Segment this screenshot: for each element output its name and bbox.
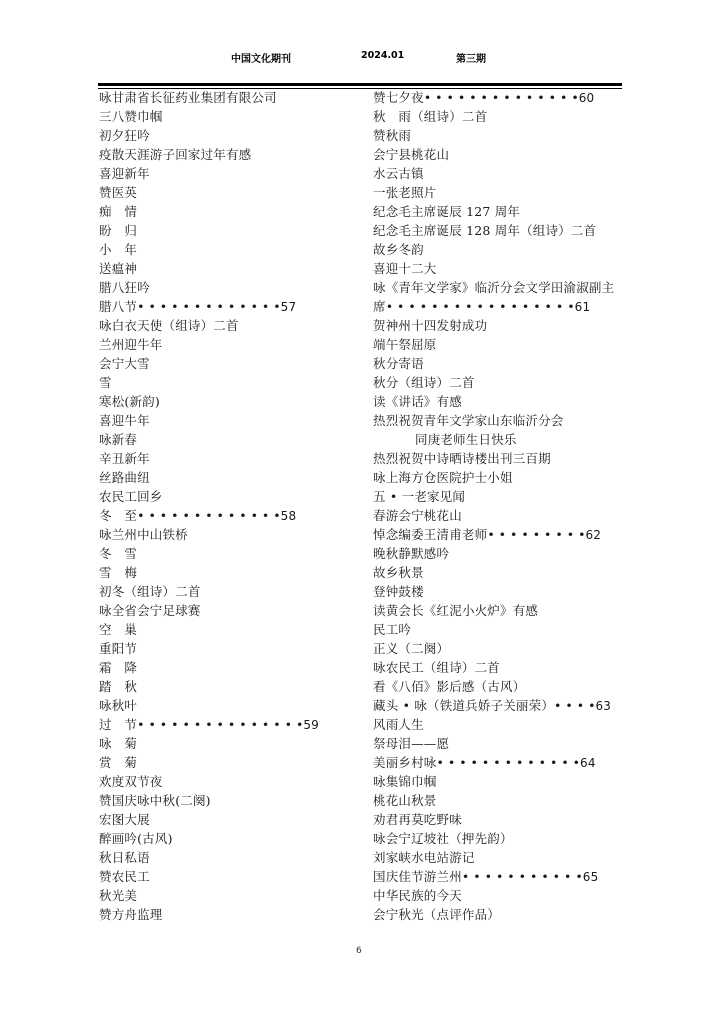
toc-entry-title: 中华民族的今天 xyxy=(373,888,462,903)
toc-entry-title: 咏集锦巾帼 xyxy=(373,774,437,789)
toc-entry-title: 赞秋雨 xyxy=(373,128,411,143)
toc-entry: 冬 雪 xyxy=(99,544,361,563)
toc-entry-title: 送瘟神 xyxy=(99,261,137,276)
toc-entry-title: 腊八狂吟 xyxy=(99,280,150,295)
toc-entry-title: 会宁县桃花山 xyxy=(373,147,449,162)
toc-entry: 贺神州十四发射成功 xyxy=(373,316,635,335)
toc-entry-title: 会宁大雪 xyxy=(99,356,150,371)
toc-entry-title: 秋 雨（组诗）二首 xyxy=(373,109,487,124)
toc-entry: 正义（二阕） xyxy=(373,639,635,658)
toc-entry-title: 读黄会长《红泥小火炉》有感 xyxy=(373,603,538,618)
toc-entry: 咏兰州中山铁桥 xyxy=(99,525,361,544)
toc-entry-title: 咏白衣天使（组诗）二首 xyxy=(99,318,239,333)
leader-dots: • • • • • • • • • • • • • xyxy=(137,508,281,523)
leader-dots: • • • • • • • • • xyxy=(487,527,585,542)
toc-entry: 热烈祝贺中诗晒诗楼出刊三百期 xyxy=(373,449,635,468)
header-rule-thick xyxy=(98,83,622,86)
issue-date: 2024.01 xyxy=(361,50,404,61)
toc-page-number: 61 xyxy=(575,300,591,314)
toc-entry: 兰州迎牛年 xyxy=(99,335,361,354)
toc-entry-title: 咏 菊 xyxy=(99,736,137,751)
toc-entry-title: 醉画吟(古风) xyxy=(99,831,173,846)
toc-entry-title: 踏 秋 xyxy=(99,679,137,694)
toc-entry-title: 藏头 • 咏（铁道兵娇子关丽荣） xyxy=(373,698,554,713)
toc-entry: 雪 xyxy=(99,373,361,392)
toc-entry: 美丽乡村咏• • • • • • • • • • • • •64 xyxy=(373,753,635,772)
leader-dots: • • • • xyxy=(554,698,595,713)
toc-entry-title: 过 节 xyxy=(99,717,137,732)
toc-entry-title: 赞七夕夜 xyxy=(373,90,424,105)
toc-entry-title: 美丽乡村咏 xyxy=(373,755,437,770)
toc-entry: 重阳节 xyxy=(99,639,361,658)
toc-entry: 辛丑新年 xyxy=(99,449,361,468)
toc-entry: 赞七夕夜• • • • • • • • • • • • • •60 xyxy=(373,88,635,107)
toc-entry-title: 盼 归 xyxy=(99,223,137,238)
toc-entry-title: 赞农民工 xyxy=(99,869,150,884)
toc-entry: 同庚老师生日快乐 xyxy=(373,430,635,449)
toc-entry: 读黄会长《红泥小火炉》有感 xyxy=(373,601,635,620)
toc-entry: 席• • • • • • • • • • • • • • • • •61 xyxy=(373,297,635,316)
toc-entry: 农民工回乡 xyxy=(99,487,361,506)
toc-entry-title: 咏上海方仓医院护士小姐 xyxy=(373,470,513,485)
toc-entry-title: 咏秋叶 xyxy=(99,698,137,713)
toc-entry-title: 欢度双节夜 xyxy=(99,774,163,789)
page-number: 6 xyxy=(356,946,362,956)
toc-entry: 秋光美 xyxy=(99,886,361,905)
toc-entry: 赞医英 xyxy=(99,183,361,202)
toc-entry: 咏白衣天使（组诗）二首 xyxy=(99,316,361,335)
toc-entry: 过 节• • • • • • • • • • • • • • •59 xyxy=(99,715,361,734)
toc-entry: 赏 菊 xyxy=(99,753,361,772)
toc-entry: 赞农民工 xyxy=(99,867,361,886)
toc-entry-title: 正义（二阕） xyxy=(373,641,449,656)
toc-entry-title: 空 巢 xyxy=(99,622,137,637)
toc-entry: 咏新春 xyxy=(99,430,361,449)
toc-entry-title: 端午祭屈原 xyxy=(373,337,437,352)
toc-entry: 一张老照片 xyxy=(373,183,635,202)
toc-entry: 腊八狂吟 xyxy=(99,278,361,297)
toc-entry: 喜迎牛年 xyxy=(99,411,361,430)
toc-entry-title: 咏甘肃省长征药业集团有限公司 xyxy=(99,90,277,105)
toc-entry: 会宁大雪 xyxy=(99,354,361,373)
toc-entry-title: 五 • 一老家见闻 xyxy=(373,489,465,504)
issue-number: 第三期 xyxy=(456,50,486,65)
toc-entry: 初冬（组诗）二首 xyxy=(99,582,361,601)
toc-entry-title: 登钟鼓楼 xyxy=(373,584,424,599)
toc-entry-title: 读《讲话》有感 xyxy=(373,394,462,409)
toc-entry-title: 席 xyxy=(373,299,386,314)
toc-entry: 悼念编委王清甫老师• • • • • • • • •62 xyxy=(373,525,635,544)
toc-entry: 冬 至• • • • • • • • • • • • •58 xyxy=(99,506,361,525)
toc-entry-title: 咏全省会宁足球赛 xyxy=(99,603,201,618)
toc-entry-title: 热烈祝贺青年文学家山东临沂分会 xyxy=(373,413,564,428)
toc-entry-title: 咏农民工（组诗）二首 xyxy=(373,660,500,675)
toc-entry: 水云古镇 xyxy=(373,164,635,183)
toc-entry-title: 春游会宁桃花山 xyxy=(373,508,462,523)
toc-entry-title: 咏《青年文学家》临沂分会文学田渝淑副主 xyxy=(373,280,614,295)
toc-entry: 赞方舟监理 xyxy=(99,905,361,924)
toc-entry-title: 会宁秋光（点评作品） xyxy=(373,907,500,922)
toc-entry: 秋分（组诗）二首 xyxy=(373,373,635,392)
toc-entry: 咏 菊 xyxy=(99,734,361,753)
toc-entry-title: 咏兰州中山铁桥 xyxy=(99,527,188,542)
toc-entry-title: 秋日私语 xyxy=(99,850,150,865)
toc-entry: 会宁县桃花山 xyxy=(373,145,635,164)
toc-entry: 纪念毛主席诞辰 128 周年（组诗）二首 xyxy=(373,221,635,240)
toc-entry: 霜 降 xyxy=(99,658,361,677)
toc-page-number: 64 xyxy=(580,756,596,770)
toc-entry: 风雨人生 xyxy=(373,715,635,734)
toc-entry-title: 故乡秋景 xyxy=(373,565,424,580)
toc-entry-title: 痴 情 xyxy=(99,204,137,219)
toc-entry: 宏图大展 xyxy=(99,810,361,829)
toc-entry-title: 赏 菊 xyxy=(99,755,137,770)
toc-entry: 五 • 一老家见闻 xyxy=(373,487,635,506)
toc-entry-title: 小 年 xyxy=(99,242,137,257)
toc-entry: 小 年 xyxy=(99,240,361,259)
toc-entry-title: 寒松(新韵) xyxy=(99,394,160,409)
toc-page-number: 59 xyxy=(303,718,319,732)
toc-left-column: 咏甘肃省长征药业集团有限公司三八赞巾帼初夕狂吟疫散天涯游子回家过年有感喜迎新年赞… xyxy=(99,88,361,924)
toc-entry: 读《讲话》有感 xyxy=(373,392,635,411)
toc-entry: 故乡冬韵 xyxy=(373,240,635,259)
toc-entry-title: 风雨人生 xyxy=(373,717,424,732)
toc-entry-title: 咏新春 xyxy=(99,432,137,447)
leader-dots: • • • • • • • • • • • • • xyxy=(437,755,581,770)
toc-entry-title: 喜迎十二大 xyxy=(373,261,437,276)
toc-entry: 空 巢 xyxy=(99,620,361,639)
toc-entry-title: 农民工回乡 xyxy=(99,489,163,504)
toc-entry-title: 劝君再莫吃野味 xyxy=(373,812,462,827)
toc-entry: 民工吟 xyxy=(373,620,635,639)
toc-entry-title: 冬 至 xyxy=(99,508,137,523)
toc-entry-title: 雪 xyxy=(99,375,112,390)
toc-entry: 醉画吟(古风) xyxy=(99,829,361,848)
toc-entry: 喜迎十二大 xyxy=(373,259,635,278)
running-header: 中国文化期刊 2024.01 第三期 xyxy=(0,50,720,70)
leader-dots: • • • • • • • • • • • • • xyxy=(137,299,281,314)
toc-entry: 刘家峡水电站游记 xyxy=(373,848,635,867)
toc-entry-title: 冬 雪 xyxy=(99,546,137,561)
toc-entry-title: 赞医英 xyxy=(99,185,137,200)
toc-entry: 欢度双节夜 xyxy=(99,772,361,791)
toc-page-number: 62 xyxy=(585,528,601,542)
toc-entry: 看《八佰》影后感（古风） xyxy=(373,677,635,696)
toc-entry: 疫散天涯游子回家过年有感 xyxy=(99,145,361,164)
toc-entry-title: 一张老照片 xyxy=(373,185,437,200)
toc-entry-title: 三八赞巾帼 xyxy=(99,109,163,124)
toc-entry: 咏农民工（组诗）二首 xyxy=(373,658,635,677)
toc-entry: 纪念毛主席诞辰 127 周年 xyxy=(373,202,635,221)
toc-entry: 咏集锦巾帼 xyxy=(373,772,635,791)
toc-entry-title: 纪念毛主席诞辰 128 周年（组诗）二首 xyxy=(373,223,596,238)
toc-entry-title: 刘家峡水电站游记 xyxy=(373,850,475,865)
toc-entry-title: 咏会宁辽坡社（押先韵） xyxy=(373,831,513,846)
toc-entry-title: 看《八佰》影后感（古风） xyxy=(373,679,525,694)
toc-entry: 藏头 • 咏（铁道兵娇子关丽荣）• • • •63 xyxy=(373,696,635,715)
leader-dots: • • • • • • • • • • • xyxy=(462,869,583,884)
toc-entry-title: 宏图大展 xyxy=(99,812,150,827)
toc-entry: 赞国庆咏中秋(二阕) xyxy=(99,791,361,810)
toc-entry-title: 晚秋静默感吟 xyxy=(373,546,449,561)
toc-entry: 咏《青年文学家》临沂分会文学田渝淑副主 xyxy=(373,278,635,297)
toc-entry-title: 辛丑新年 xyxy=(99,451,150,466)
toc-entry: 送瘟神 xyxy=(99,259,361,278)
toc-entry: 会宁秋光（点评作品） xyxy=(373,905,635,924)
toc-entry: 桃花山秋景 xyxy=(373,791,635,810)
toc-entry: 热烈祝贺青年文学家山东临沂分会 xyxy=(373,411,635,430)
leader-dots: • • • • • • • • • • • • • • xyxy=(424,90,579,105)
toc-entry: 踏 秋 xyxy=(99,677,361,696)
leader-dots: • • • • • • • • • • • • • • • xyxy=(137,717,303,732)
toc-entry: 咏上海方仓医院护士小姐 xyxy=(373,468,635,487)
toc-entry-title: 赞国庆咏中秋(二阕) xyxy=(99,793,211,808)
toc-entry: 喜迎新年 xyxy=(99,164,361,183)
toc-entry-title: 民工吟 xyxy=(373,622,411,637)
toc-entry: 咏甘肃省长征药业集团有限公司 xyxy=(99,88,361,107)
toc-entry: 寒松(新韵) xyxy=(99,392,361,411)
toc-entry-title: 雪 梅 xyxy=(99,565,137,580)
toc-entry: 丝路曲纽 xyxy=(99,468,361,487)
toc-entry: 春游会宁桃花山 xyxy=(373,506,635,525)
toc-entry-title: 腊八节 xyxy=(99,299,137,314)
toc-entry-title: 喜迎牛年 xyxy=(99,413,150,428)
toc-entry-title: 同庚老师生日快乐 xyxy=(415,432,517,447)
toc-entry: 中华民族的今天 xyxy=(373,886,635,905)
toc-entry: 腊八节• • • • • • • • • • • • •57 xyxy=(99,297,361,316)
toc-entry-title: 纪念毛主席诞辰 127 周年 xyxy=(373,204,520,219)
toc-entry-title: 重阳节 xyxy=(99,641,137,656)
toc-entry: 三八赞巾帼 xyxy=(99,107,361,126)
toc-entry-title: 祭母泪——愿 xyxy=(373,736,449,751)
toc-entry-title: 赞方舟监理 xyxy=(99,907,163,922)
toc-entry: 祭母泪——愿 xyxy=(373,734,635,753)
toc-entry: 咏全省会宁足球赛 xyxy=(99,601,361,620)
toc-entry-title: 喜迎新年 xyxy=(99,166,150,181)
toc-entry-title: 霜 降 xyxy=(99,660,137,675)
toc-entry: 秋 雨（组诗）二首 xyxy=(373,107,635,126)
toc-entry: 咏会宁辽坡社（押先韵） xyxy=(373,829,635,848)
toc-entry-title: 悼念编委王清甫老师 xyxy=(373,527,487,542)
toc-page-number: 58 xyxy=(281,509,297,523)
toc-entry-title: 桃花山秋景 xyxy=(373,793,437,808)
toc-entry-title: 丝路曲纽 xyxy=(99,470,150,485)
toc-entry: 故乡秋景 xyxy=(373,563,635,582)
toc-entry: 盼 归 xyxy=(99,221,361,240)
toc-entry-title: 故乡冬韵 xyxy=(373,242,424,257)
toc-page-number: 60 xyxy=(579,91,595,105)
leader-dots: • • • • • • • • • • • • • • • • • xyxy=(386,299,575,314)
toc-entry-title: 热烈祝贺中诗晒诗楼出刊三百期 xyxy=(373,451,551,466)
toc-page-number: 57 xyxy=(281,300,297,314)
toc-entry-title: 秋分寄语 xyxy=(373,356,424,371)
toc-entry: 秋分寄语 xyxy=(373,354,635,373)
toc-entry: 端午祭屈原 xyxy=(373,335,635,354)
toc-entry: 雪 梅 xyxy=(99,563,361,582)
toc-entry: 咏秋叶 xyxy=(99,696,361,715)
toc-entry: 秋日私语 xyxy=(99,848,361,867)
toc-entry-title: 初夕狂吟 xyxy=(99,128,150,143)
toc-entry: 晚秋静默感吟 xyxy=(373,544,635,563)
toc-entry: 登钟鼓楼 xyxy=(373,582,635,601)
toc-entry-title: 疫散天涯游子回家过年有感 xyxy=(99,147,251,162)
toc-entry: 赞秋雨 xyxy=(373,126,635,145)
toc-entry-title: 兰州迎牛年 xyxy=(99,337,163,352)
toc-entry-title: 秋分（组诗）二首 xyxy=(373,375,475,390)
toc-entry-title: 国庆佳节游兰州 xyxy=(373,869,462,884)
toc-entry-title: 贺神州十四发射成功 xyxy=(373,318,487,333)
toc-entry: 国庆佳节游兰州• • • • • • • • • • •65 xyxy=(373,867,635,886)
toc-entry: 痴 情 xyxy=(99,202,361,221)
toc-page-number: 63 xyxy=(595,699,611,713)
toc-entry-title: 水云古镇 xyxy=(373,166,424,181)
journal-title: 中国文化期刊 xyxy=(231,50,291,65)
toc-entry: 初夕狂吟 xyxy=(99,126,361,145)
toc-entry-title: 秋光美 xyxy=(99,888,137,903)
toc-entry: 劝君再莫吃野味 xyxy=(373,810,635,829)
toc-right-column: 赞七夕夜• • • • • • • • • • • • • •60秋 雨（组诗）… xyxy=(373,88,635,924)
toc-entry-title: 初冬（组诗）二首 xyxy=(99,584,201,599)
toc-page-number: 65 xyxy=(583,870,599,884)
